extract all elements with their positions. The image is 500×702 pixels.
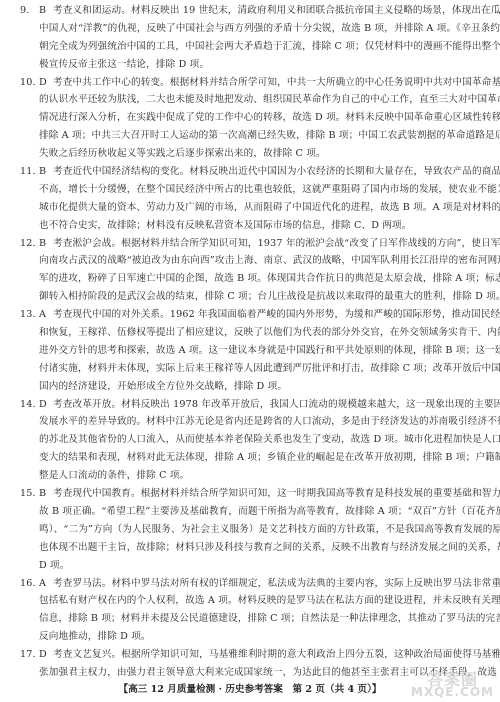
explanation-text: 反向地推动，排除 D 项。 — [39, 631, 151, 642]
explanation-text: 鸣）、“二为”方向（为人民服务、为社会主义服务）是文艺科技方面的方针政策，不是我… — [39, 524, 500, 535]
explanation-text: 考查近代中国经济结构的变化。材料反映出近代中国因为小农经济的长期和大量存在，导致… — [53, 166, 500, 177]
explanation-text: 考查文艺复兴。根据所学知识可知，马基雅维利时期的意大利政治上四分五裂，这种政治局… — [53, 649, 500, 660]
question-number: 15. — [20, 485, 39, 503]
explanation-text: 进外交方针的思考和探索，故选 A 项。这一建议本身就是中国践行和平共处原则的体现… — [39, 345, 500, 356]
answer-item-line: 国内的经济建设，开始形成全方位外交战略，排除 D 项。 — [0, 378, 500, 396]
answer-item: 11.B考查近代中国经济结构的变化。材料反映出近代中国因为小农经济的长期和大量存… — [0, 163, 500, 235]
question-number: 10. — [20, 74, 39, 92]
explanation-text: 排除 A 项；中共三大召开时工人运动的第一次高潮已经失败，排除 B 项；中国工农… — [39, 130, 500, 141]
answer-item-line: 不高，增长十分缓慢，在整个国民经济中所占的比重也较低，这就严重阻碍了国内市场的发… — [0, 181, 500, 199]
answer-item: 9.B考查义和团运动。材料反映出 19 世纪末，清政府利用义和团联合抵抗帝国主义… — [0, 2, 500, 74]
explanation-text: 发展水平的差异导致的。材料中江苏无论是省内还是跨省的人口流动，多是由于经济发达的… — [39, 416, 500, 427]
explanation-text: 信息，排除 B 项；材料并未提及公民道德建设，排除 C 项；自然法是一种法律理念… — [39, 613, 500, 624]
explanation-text: 整是人口流动的条件，排除 C 项。 — [39, 470, 189, 481]
answer-letter: B — [39, 485, 53, 503]
explanation-text: 考查中共工作中心的转变。根据材料并结合所学可知，中共一大所确立的中心任务说明中共… — [53, 77, 500, 88]
answer-item-line: 付诸实施，材料并未体现，实际上后来王稼祥等人因此遭到严厉批评和打击，故排除 C … — [0, 360, 500, 378]
answer-item-first-line: 11.B考查近代中国经济结构的变化。材料反映出近代中国因为小农经济的长期和大量存… — [0, 163, 500, 181]
answer-item-line: 和恢复，王稼祥、伍修权等提出了相应建议，反映了以他们为代表的部分外交官，在外交领… — [0, 324, 500, 342]
answer-letter: A — [39, 306, 53, 324]
answer-item-line: 变大的结果和表现，材料对此无法体现，排除 A 项；乡镇企业的崛起是在改革开放初期… — [0, 449, 500, 467]
answer-item: 15.B考查现代中国教育。根据材料并结合所学知识可知，这一时期我国高等教育是科技… — [0, 485, 500, 574]
explanation-text: 故 B 项正确。“希望工程”主要涉及基础教育，而题干所指为高等教育，故排除 A … — [39, 506, 500, 517]
answer-item-line: 进外交方针的思考和探索，故选 A 项。这一建议本身就是中国践行和平共处原则的体现… — [0, 342, 500, 360]
answer-item-line: 失败之后经历秋收起义等实践之后逐步探索出来的，故排除 C 项。 — [0, 145, 500, 163]
answer-item-line: 向南攻占武汉的战略“被迫改为由东向西”攻击上海、南京、武汉的战略，中国军队利用长… — [0, 252, 500, 270]
question-number: 14. — [20, 396, 39, 414]
answer-letter: B — [39, 235, 53, 253]
explanation-text: 考查改革开放。材料反映出 1978 年改革开放后，我国人口流动的规模越来越大，这… — [53, 399, 500, 410]
explanation-text: 国内的经济建设，开始形成全方位外交战略，排除 D 项。 — [39, 381, 287, 392]
answer-letter: D — [39, 74, 53, 92]
answer-item-first-line: 17.D考查文艺复兴。根据所学知识可知，马基雅维利时期的意大利政治上四分五裂，这… — [0, 646, 500, 664]
explanation-text: 也体现不出题干主旨，故排除；材料只涉及科技与教育之间的关系，反映不出教育与经济发… — [39, 542, 500, 553]
explanation-text: 极宣传反帝主张这一结论，排除 D 项。 — [39, 59, 209, 70]
explanation-text: D 项。 — [39, 560, 70, 571]
answer-item-line: 反向地推动，排除 D 项。 — [0, 628, 500, 646]
answer-item-line: 城市化提供大量的资本、劳动力及广阔的市场，从而阻碍了中国近代化的进程，故选 B … — [0, 199, 500, 217]
explanation-text: 和恢复，王稼祥、伍修权等提出了相应建议，反映了以他们为代表的部分外交官，在外交领… — [39, 327, 500, 338]
explanation-text: 的苏北及其他省份的人口流入，从而使基本养老保险关系也发生了变动，故选 D 项。城… — [39, 434, 500, 445]
question-number: 12. — [20, 235, 39, 253]
explanation-text: 向南攻占武汉的战略“被迫改为由东向西”攻击上海、南京、武汉的战略，中国军队利用长… — [39, 255, 500, 266]
answer-item-line: 也体现不出题干主旨，故排除；材料只涉及科技与教育之间的关系，反映不出教育与经济发… — [0, 539, 500, 557]
question-number: 11. — [20, 163, 39, 181]
answer-item-line: 排除 A 项；中共三大召开时工人运动的第一次高潮已经失败，排除 B 项；中国工农… — [0, 127, 500, 145]
explanation-text: 考查罗马法。材料中罗马法对所有权的详细规定，私法成为法典的主要内容，实际上反映出… — [53, 578, 500, 589]
answer-item: 16.A考查罗马法。材料中罗马法对所有权的详细规定，私法成为法典的主要内容，实际… — [0, 575, 500, 647]
explanation-text: 包括私有财产权在内的个人权利，故选 A 项。材料反映的是罗马法在私法方面的建设进… — [39, 595, 500, 606]
answer-item-first-line: 10.D考查中共工作中心的转变。根据材料并结合所学可知，中共一大所确立的中心任务… — [0, 74, 500, 92]
answer-item-line: 发展水平的差异导致的。材料中江苏无论是省内还是跨省的人口流动，多是由于经济发达的… — [0, 413, 500, 431]
answer-letter: B — [39, 163, 53, 181]
answer-item-first-line: 13.A考查现代中国的对外关系。1962 年我国面临着严峻的国内外形势，为缓和严… — [0, 306, 500, 324]
explanation-text: 失败之后经历秋收起义等实践之后逐步探索出来的，故排除 C 项。 — [39, 148, 326, 159]
answer-item-line: 极宣传反帝主张这一结论，排除 D 项。 — [0, 56, 500, 74]
answer-item-line: 整是人口流动的条件，排除 C 项。 — [0, 467, 500, 485]
answer-item-line: 中国人对“洋教”的仇视，反映了中国社会与西方列强的矛盾十分尖锐，故选 B 项，并… — [0, 20, 500, 38]
answer-item-first-line: 14.D考查改革开放。材料反映出 1978 年改革开放后，我国人口流动的规模越来… — [0, 396, 500, 414]
answer-item-line: 包括私有财产权在内的个人权利，故选 A 项。材料反映的是罗马法在私法方面的建设进… — [0, 592, 500, 610]
answer-item-line: 鸣）、“二为”方向（为人民服务、为社会主义服务）是文艺科技方面的方针政策，不是我… — [0, 521, 500, 539]
explanation-text: 中国人对“洋教”的仇视，反映了中国社会与西方列强的矛盾十分尖锐，故选 B 项，并… — [39, 23, 500, 34]
explanation-text: 考查现代中国教育。根据材料并结合所学知识可知，这一时期我国高等教育是科技发展的重… — [53, 488, 500, 499]
answer-letter: A — [39, 575, 53, 593]
explanation-text: 考查淞沪会战。根据材料并结合所学知识可知，1937 年的淞沪会战“改变了日军作战… — [53, 238, 500, 249]
explanation-text: 付诸实施，材料并未体现，实际上后来王稼祥等人因此遭到严厉批评和打击，故排除 C … — [39, 363, 500, 374]
explanation-text: 的认识水平还较为肤浅，二大也未能及时地把发动、组织国民革命作为自己的中心工作，直… — [39, 94, 500, 105]
answer-item-line: 信息，排除 B 项；材料并未提及公民道德建设，排除 C 项；自然法是一种法律理念… — [0, 610, 500, 628]
answer-item-line: 也不符合史实，故排除；材料没有反映私营资本及国际市场的信息，排除 C、D 两项。 — [0, 217, 500, 235]
explanation-text: 变大的结果和表现，材料对此无法体现，排除 A 项；乡镇企业的崛起是在改革开放初期… — [39, 452, 500, 463]
explanation-text: 也不符合史实，故排除；材料没有反映私营资本及国际市场的信息，排除 C、D 两项。 — [39, 220, 412, 231]
question-number: 9. — [20, 2, 39, 20]
explanation-text: 情况进行深入分析，在实践中促成了党的工作中心的转移，故选 D 项。材料未反映中国… — [39, 112, 500, 123]
answer-item-line: 情况进行深入分析，在实践中促成了党的工作中心的转移，故选 D 项。材料未反映中国… — [0, 109, 500, 127]
answer-item: 13.A考查现代中国的对外关系。1962 年我国面临着严峻的国内外形势，为缓和严… — [0, 306, 500, 395]
answer-item-line: 故 B 项正确。“希望工程”主要涉及基础教育，而题干所指为高等教育，故排除 A … — [0, 503, 500, 521]
explanation-text: 朝完全成为列强统治中国的工具，中国社会两大矛盾趋于汇流，排除 C 项；仅凭材料中… — [39, 41, 500, 52]
answer-item-line: 朝完全成为列强统治中国的工具，中国社会两大矛盾趋于汇流，排除 C 项；仅凭材料中… — [0, 38, 500, 56]
site-watermark: 答案圈 MXQE.COM — [411, 674, 494, 698]
answer-item-line: 的苏北及其他省份的人口流入，从而使基本养老保险关系也发生了变动，故选 D 项。城… — [0, 431, 500, 449]
explanation-text: 考查现代中国的对外关系。1962 年我国面临着严峻的国内外形势，为缓和严峻的国际… — [53, 309, 500, 320]
answer-key-page: 9.B考查义和团运动。材料反映出 19 世纪末，清政府利用义和团联合抵抗帝国主义… — [0, 2, 500, 682]
watermark-url: MXQE.COM — [411, 685, 494, 699]
answer-letter: B — [39, 2, 53, 20]
explanation-text: 城市化提供大量的资本、劳动力及广阔的市场，从而阻碍了中国近代化的进程，故选 B … — [39, 202, 500, 213]
answer-item-first-line: 16.A考查罗马法。材料中罗马法对所有权的详细规定，私法成为法典的主要内容，实际… — [0, 575, 500, 593]
answer-letter: D — [39, 396, 53, 414]
answer-item-first-line: 12.B考查淞沪会战。根据材料并结合所学知识可知，1937 年的淞沪会战“改变了… — [0, 235, 500, 253]
answer-item-line: 的认识水平还较为肤浅，二大也未能及时地把发动、组织国民革命作为自己的中心工作，直… — [0, 91, 500, 109]
answer-letter: D — [39, 646, 53, 664]
question-number: 16. — [20, 575, 39, 593]
explanation-text: 考查义和团运动。材料反映出 19 世纪末，清政府利用义和团联合抵抗帝国主义侵略的… — [53, 5, 500, 16]
question-number: 17. — [20, 646, 39, 664]
answer-item-first-line: 9.B考查义和团运动。材料反映出 19 世纪末，清政府利用义和团联合抵抗帝国主义… — [0, 2, 500, 20]
question-number: 13. — [20, 306, 39, 324]
answer-item: 10.D考查中共工作中心的转变。根据材料并结合所学可知，中共一大所确立的中心任务… — [0, 74, 500, 163]
answer-item-first-line: 15.B考查现代中国教育。根据材料并结合所学知识可知，这一时期我国高等教育是科技… — [0, 485, 500, 503]
explanation-text: 不高，增长十分缓慢，在整个国民经济中所占的比重也较低，这就严重阻碍了国内市场的发… — [39, 184, 500, 195]
answer-item-line: 御转入相持阶段的是武汉会战的结束，排除 C 项；台儿庄战役是抗战以来取得的最重大… — [0, 288, 500, 306]
answer-item: 12.B考查淞沪会战。根据材料并结合所学知识可知，1937 年的淞沪会战“改变了… — [0, 235, 500, 307]
explanation-text: 军的进攻，粉碎了日军速亡中国的企图，故选 B 项。体现国共合作抗日的典范是太原会… — [39, 273, 500, 284]
answer-item-line: D 项。 — [0, 557, 500, 575]
explanation-text: 御转入相持阶段的是武汉会战的结束，排除 C 项；台儿庄战役是抗战以来取得的最重大… — [39, 291, 500, 302]
answer-item: 14.D考查改革开放。材料反映出 1978 年改革开放后，我国人口流动的规模越来… — [0, 396, 500, 485]
answer-item-line: 军的进攻，粉碎了日军速亡中国的企图，故选 B 项。体现国共合作抗日的典范是太原会… — [0, 270, 500, 288]
